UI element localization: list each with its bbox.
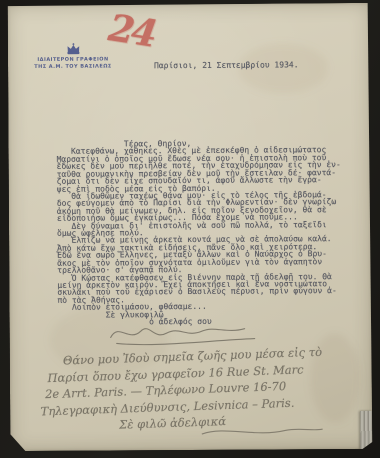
letterhead-king-line: ΤΗΣ Α.Μ. ΤΟΥ ΒΑΣΙΛΕΩΣ [28, 63, 118, 70]
signature-flourish [105, 318, 260, 351]
letter-paper: 24 ΙΔΙΑΙΤΕΡΟΝ ΓΡΑΦΕΙΟΝ ΤΗΣ Α.Μ. ΤΟΥ ΒΑΣΙ… [8, 3, 373, 451]
dateline: Παρίσιοι, 21 Σεπτεμβρίου 1934. [154, 60, 299, 70]
letterhead: ΙΔΙΑΙΤΕΡΟΝ ΓΡΑΦΕΙΟΝ ΤΗΣ Α.Μ. ΤΟΥ ΒΑΣΙΛΕΩ… [28, 42, 118, 70]
closing-flourish [200, 423, 325, 440]
scan-background: 24 ΙΔΙΑΙΤΕΡΟΝ ΓΡΑΦΕΙΟΝ ΤΗΣ Α.Μ. ΤΟΥ ΒΑΣΙ… [0, 0, 380, 458]
damaged-corner-patch [360, 411, 372, 449]
letter-body: Τέρας, Θηρίον, Κατεφθάνω, χάθηκες. Χθὲς … [56, 139, 357, 326]
handwritten-postscript: Θάνο μου Ἰδοὺ σημεῖα ζωῆς μου μέσα εἰς τ… [39, 343, 360, 436]
crown-icon [65, 43, 80, 55]
